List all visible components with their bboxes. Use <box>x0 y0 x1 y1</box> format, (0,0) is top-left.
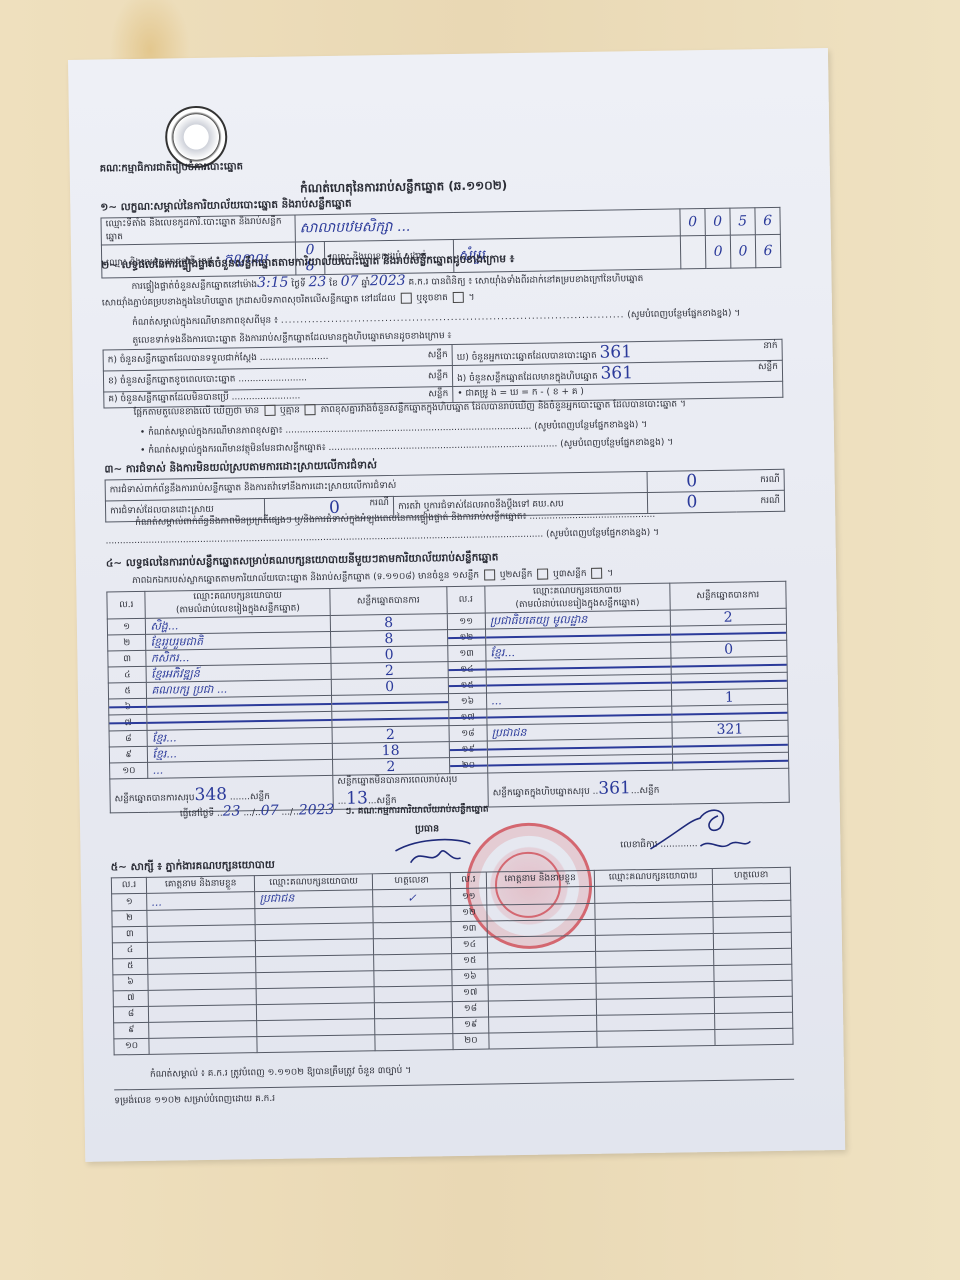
row-number: ១៤ <box>452 937 487 954</box>
strike-line <box>332 701 448 705</box>
sign-year: 2023 <box>299 802 335 819</box>
footer-note: កំណត់សម្គាល់ ៖ គ.ក.រ ត្រូវបំពេញ ១.១១០២ ឱ… <box>150 1065 411 1082</box>
row-number: ១០ <box>110 762 149 779</box>
witness-signature <box>713 964 792 981</box>
row-number: ១ <box>107 618 146 635</box>
commune-code-3: 6 <box>755 234 781 267</box>
valid-votes: 2 <box>332 726 449 744</box>
valid-votes: 8 <box>331 630 448 648</box>
valid-votes: 2 <box>670 608 787 626</box>
row-number: ៨ <box>109 730 148 747</box>
witness-party <box>256 939 374 957</box>
row-number: ៣ <box>108 650 147 667</box>
voters-count: 361 <box>599 342 632 363</box>
row-number: ៩ <box>114 1022 149 1039</box>
witness-party <box>595 901 713 919</box>
strike-line <box>672 744 787 748</box>
witness-party <box>257 1035 375 1053</box>
election-form-paper: គណៈកម្មាធិការជាតិរៀបចំការបោះឆ្នោត កំណត់ហ… <box>68 48 845 1162</box>
row-number: ២០ <box>449 757 488 774</box>
witness-name <box>487 919 595 937</box>
two-sheet-checkbox[interactable] <box>537 569 548 580</box>
row-number: ១៧ <box>448 709 487 726</box>
witness-signature: ✓ <box>373 889 452 907</box>
witness-name <box>149 1037 257 1055</box>
valid-votes <box>672 752 789 770</box>
station-code-1: 0 <box>680 209 705 236</box>
witness-signature <box>714 980 793 997</box>
strike-line <box>450 765 488 768</box>
row-number: ២ <box>108 634 147 651</box>
one-sheet-checkbox[interactable] <box>484 569 495 580</box>
witness-party <box>596 965 714 983</box>
witness-signature <box>374 954 453 971</box>
three-sheet-checkbox[interactable] <box>591 568 602 579</box>
witness-name <box>147 925 255 943</box>
strike-line <box>109 722 147 725</box>
witness-name <box>149 1021 257 1039</box>
damaged-note-line: កំណត់សម្គាល់ក្នុងករណីមានភាពខុសពីមុន ៖ ..… <box>132 307 740 330</box>
witness-signature <box>713 932 792 949</box>
strike-line <box>332 717 448 721</box>
witness-party <box>597 1029 715 1047</box>
no-difference-checkbox[interactable] <box>305 404 316 415</box>
row-number: ១ <box>112 893 147 911</box>
organization-name: គណៈកម្មាធិការជាតិរៀបចំការបោះឆ្នោត <box>100 159 243 176</box>
witness-signature <box>712 900 791 917</box>
party-results-table: ល.រ ឈ្មោះគណបក្សនយោបាយ(តាមលំដាប់លេខរៀងក្ន… <box>106 581 789 814</box>
witness-name <box>148 1005 256 1023</box>
witness-name <box>488 1015 596 1033</box>
row-number: ១៦ <box>452 969 487 986</box>
witness-party <box>595 949 713 967</box>
witness-name <box>487 967 595 985</box>
row-number: ១៧ <box>453 985 488 1002</box>
witness-name <box>148 989 256 1007</box>
witness-signature <box>374 1002 453 1019</box>
witness-signature <box>713 916 792 933</box>
total-in-box: 361 <box>598 778 631 799</box>
strike-line <box>109 706 147 709</box>
commune-code-1: 0 <box>705 235 731 268</box>
valid-votes: 1 <box>671 688 788 706</box>
valid-votes: 2 <box>333 758 450 776</box>
valid-votes: 0 <box>331 678 448 696</box>
damaged-checkbox[interactable] <box>453 292 464 303</box>
appeal-count: 0 <box>647 491 736 513</box>
sign-month: 07 <box>261 803 279 819</box>
verify-day: 23 <box>308 274 326 290</box>
signing-date-line: ធ្វើនៅថ្ងៃទី ..23 .../..07 .../..2023 ៗ.… <box>180 799 489 821</box>
witness-party <box>596 1013 714 1031</box>
row-number: ៦ <box>109 698 148 715</box>
strike-line <box>672 712 787 716</box>
complaint-count: 0 <box>647 470 736 492</box>
witness-party <box>256 955 374 973</box>
section5-heading: ៥~ សាក្សី ៖ ភ្នាក់ងារគណបក្សនយោបាយ <box>111 859 275 877</box>
valid-votes: 8 <box>330 614 447 632</box>
row-number: ១០ <box>114 1038 149 1055</box>
total-valid: 348 <box>194 784 227 805</box>
sign-day: 23 <box>223 803 241 819</box>
row-number: ៤ <box>108 666 147 683</box>
verify-month: 07 <box>341 273 359 289</box>
strike-line <box>488 746 672 751</box>
valid-votes <box>672 736 789 754</box>
station-code-2: 0 <box>705 208 730 235</box>
valid-votes <box>671 704 788 722</box>
ballots-in-box-count: 361 <box>600 363 633 384</box>
row-number: ៦ <box>113 974 148 991</box>
strike-line <box>487 682 671 687</box>
witness-name <box>487 951 595 969</box>
footer-code: ទម្រង់លេខ ១១០២ សម្រាប់បំពេញដោយ គ.ក.រ <box>114 1093 275 1109</box>
valid-votes: 0 <box>670 640 787 658</box>
witness-name <box>488 983 596 1001</box>
row-number: ៣ <box>112 926 147 943</box>
strike-line <box>148 703 332 708</box>
station-code-4: 6 <box>755 207 780 234</box>
valid-votes: 321 <box>672 720 789 738</box>
verify-line-2: សោយ៉ាំងភ្ជាប់គម្របខាងក្នុងនៃហិបឆ្នោត ក្រ… <box>102 292 475 311</box>
valid-votes <box>670 624 787 642</box>
form-title: កំណត់ហេតុនៃការរាប់សន្លឹកឆ្នោត (ឆ.១១០២) <box>300 177 507 198</box>
witness-signature <box>374 986 453 1003</box>
commune-code-2: 0 <box>730 235 756 268</box>
foreign-note-line: • កំណត់សម្គាល់ក្នុងករណីមានវត្ថុមិនមែនជាស… <box>140 437 673 458</box>
witness-name <box>147 909 255 927</box>
witness-signature <box>373 938 452 955</box>
witness-party <box>596 981 714 999</box>
witness-party <box>257 1003 375 1021</box>
strike-line <box>148 719 332 724</box>
witness-party <box>256 987 374 1005</box>
witness-party <box>595 917 713 935</box>
strike-line <box>487 714 671 719</box>
witness-party <box>255 907 373 925</box>
witness-party <box>256 971 374 989</box>
witness-name <box>487 935 595 953</box>
witness-name <box>486 903 594 921</box>
witness-party <box>594 884 712 903</box>
station-code-3: 5 <box>730 208 755 235</box>
secretary-signature <box>640 799 761 861</box>
row-number: ១៦ <box>448 693 487 710</box>
witness-signature <box>375 1018 454 1035</box>
has-difference-checkbox[interactable] <box>264 405 275 416</box>
valid-votes: 18 <box>332 742 449 760</box>
witness-signature <box>714 1028 793 1045</box>
party-name: ... <box>148 759 333 778</box>
row-number: ១១ <box>451 888 486 906</box>
witness-name <box>148 973 256 991</box>
strike-line <box>488 762 672 767</box>
verify-time: 3:15 <box>257 275 289 291</box>
row-number: ១១ <box>447 613 486 630</box>
witness-signature <box>374 970 453 987</box>
witness-name: ... <box>147 892 256 911</box>
strike-line <box>671 632 786 636</box>
valid-votes <box>332 694 449 712</box>
witness-signature <box>373 906 452 923</box>
witness-party <box>595 933 713 951</box>
row-number: ១២ <box>447 629 486 646</box>
row-number: ៧ <box>109 714 148 731</box>
witness-name <box>488 999 596 1017</box>
row-number: ១៣ <box>452 921 487 938</box>
strike-line <box>449 749 487 752</box>
valid-votes <box>332 710 449 728</box>
strike-line <box>448 685 486 688</box>
row-number: ១៣ <box>447 645 486 662</box>
verify-year: 2023 <box>370 273 406 290</box>
witness-signature <box>712 883 791 901</box>
row-number: ១៤ <box>448 661 487 678</box>
witness-signature <box>713 948 792 965</box>
row-number: ១៩ <box>449 741 488 758</box>
party-name <box>488 754 673 773</box>
strike-line <box>671 664 786 668</box>
strike-line <box>486 634 670 639</box>
diff-note-line: • កំណត់សម្គាល់ក្នុងករណីមានភាពខុសគ្នា៖ ..… <box>140 419 648 440</box>
witness-signature <box>373 922 452 939</box>
witness-name <box>488 1031 596 1049</box>
row-number: ៩ <box>109 746 148 763</box>
witness-name <box>148 957 256 975</box>
strike-line <box>671 680 786 684</box>
strike-line <box>673 760 788 764</box>
witness-party <box>257 1019 375 1037</box>
witness-signature <box>714 1012 793 1029</box>
strike-line <box>487 666 671 671</box>
valid-votes <box>671 656 788 674</box>
witness-party: ប្រជាជន <box>255 890 373 909</box>
valid-votes <box>671 672 788 690</box>
witness-signature <box>375 1034 454 1051</box>
witness-party <box>596 997 714 1015</box>
witness-name <box>147 941 255 959</box>
witness-signature <box>714 996 793 1013</box>
witness-party <box>255 923 373 941</box>
row-number: ៨ <box>113 1006 148 1023</box>
row-number: ៤ <box>112 942 147 959</box>
intact-checkbox[interactable] <box>400 293 411 304</box>
row-number: ២០ <box>453 1033 488 1050</box>
valid-votes: 2 <box>331 662 448 680</box>
row-number: ៥ <box>113 958 148 975</box>
row-number: ១២ <box>451 905 486 922</box>
row-number: ៧ <box>113 990 148 1007</box>
row-number: ១៥ <box>452 953 487 970</box>
strike-line <box>448 637 486 640</box>
witness-table: ល.រ គោត្តនាម និងនាមខ្លួន ឈ្មោះគណបក្សនយោប… <box>111 867 794 1056</box>
row-number: ១៩ <box>453 1017 488 1034</box>
valid-votes: 0 <box>331 646 448 664</box>
irregularity-note-cont: ........................................… <box>105 527 659 549</box>
station-label: ឈ្មោះទីតាំង និងលេខកូដការិ.បោះឆ្នោត និងរា… <box>101 215 295 245</box>
row-number: ១៨ <box>449 725 488 742</box>
row-number: ២ <box>112 910 147 927</box>
witness-name <box>486 886 595 905</box>
strike-line <box>448 669 486 672</box>
row-number: ៥ <box>108 682 147 699</box>
row-number: ១៥ <box>448 677 487 694</box>
row-number: ១៨ <box>453 1001 488 1018</box>
strike-line <box>449 717 487 720</box>
